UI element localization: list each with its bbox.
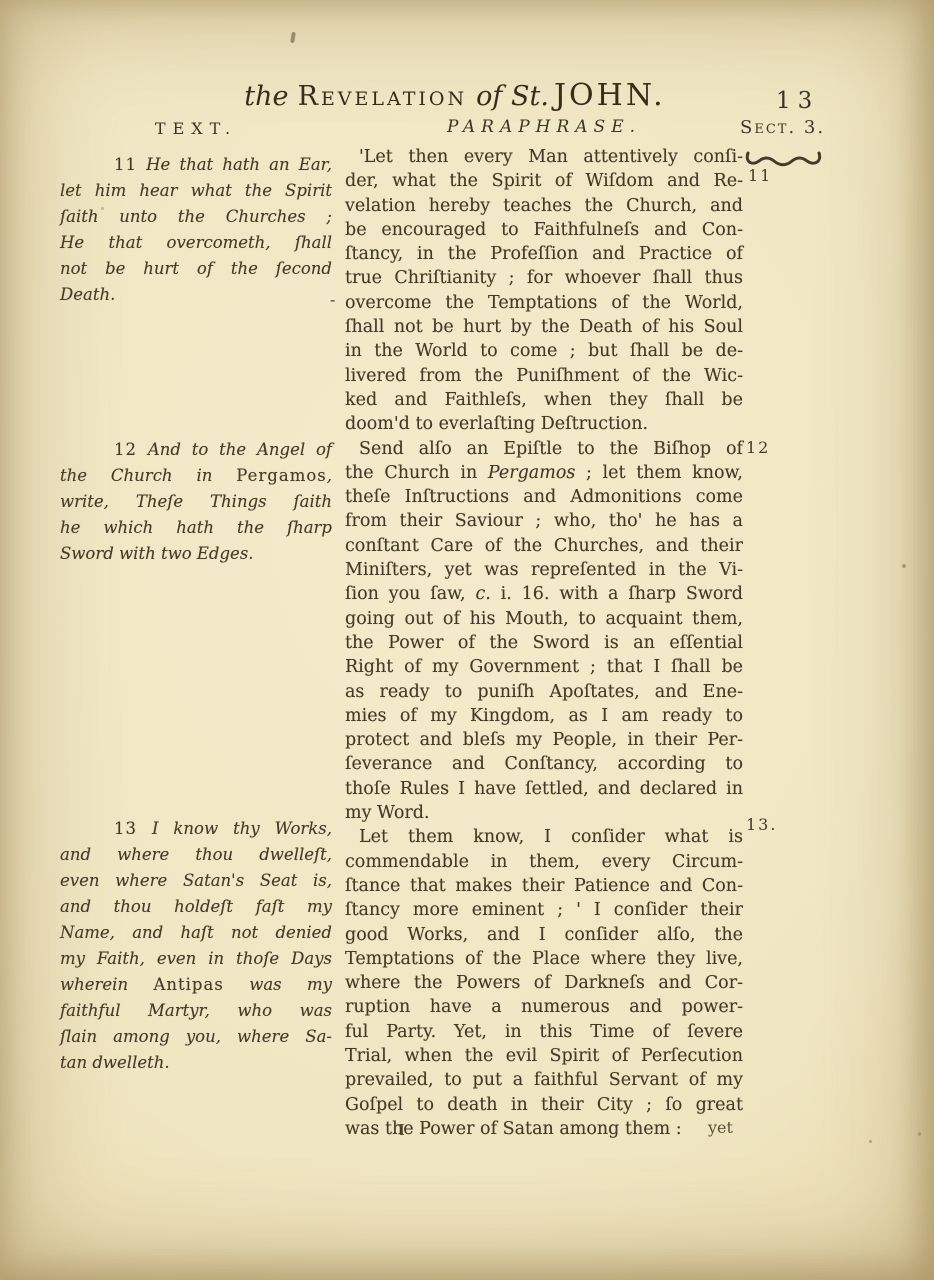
title-of-st: of St.: [476, 81, 549, 112]
text-line: let him hear what the Spirit: [60, 178, 332, 204]
text-line: and thou holdeſt faſt my: [60, 894, 332, 920]
text-line: wherein Antipas was my: [60, 972, 332, 998]
text-line: mies of my Kingdom, as I am ready to: [345, 704, 743, 728]
text-line: commendable in them, every Circum-: [345, 850, 743, 874]
title-revelation: Revelation: [298, 81, 467, 112]
text-line: tan dwelleth.: [60, 1050, 332, 1076]
paraphrase-column: 'Let then every Man attentively conſi-de…: [345, 145, 743, 1141]
text-line: ſhall not be hurt by the Death of his So…: [345, 315, 743, 339]
text-line: 'Let then every Man attentively conſi-: [345, 145, 743, 169]
text-line: Death.: [60, 282, 332, 308]
page-title: the Revelation of St. JOHN.: [130, 78, 780, 113]
paper-speck: [290, 32, 296, 43]
margin-verse-number-13: 13.: [746, 815, 777, 834]
book-page: the Revelation of St. JOHN. 13 TEXT. PAR…: [0, 0, 934, 1280]
text-column-heading: TEXT.: [60, 119, 332, 138]
text-line: not be hurt of the ſecond: [60, 256, 332, 282]
text-line: he which hath the ſharp: [60, 515, 332, 541]
text-line: the Church in Pergamos,: [60, 463, 332, 489]
text-line: even where Satan's Seat is,: [60, 868, 332, 894]
text-line: ſtancy more eminent ; ' I conſider their: [345, 898, 743, 922]
verse-12-text: 12 And to the Angel ofthe Church in Perg…: [60, 437, 332, 567]
signature-mark: I: [399, 1121, 405, 1139]
text-line: Sword with two Edges.: [60, 541, 332, 567]
margin-verse-number-12: 12: [746, 438, 770, 457]
text-line: 11 He that hath an Ear,: [60, 152, 332, 178]
text-line: der, what the Spirit of Wiſdom and Re-: [345, 169, 743, 193]
text-line: faithful Martyr, who was: [60, 998, 332, 1024]
text-line: Name, and haſt not denied: [60, 920, 332, 946]
section-label: Sect. 3.: [740, 117, 825, 138]
text-line: theſe Inſtructions and Admonitions come: [345, 485, 743, 509]
text-line: the Power of the Sword is an eſſential: [345, 631, 743, 655]
text-line: doom'd to everlaſting Deſtruction.: [345, 412, 743, 436]
text-line: He that overcometh, ſhall: [60, 230, 332, 256]
text-line: my Word.: [345, 801, 743, 825]
catchword: yet: [708, 1118, 733, 1137]
text-line: ſion you ſaw, c. i. 16. with a ſharp Swo…: [345, 582, 743, 606]
title-the: the: [244, 81, 288, 112]
paraphrase-paragraph-2: Send alſo an Epiſtle to the Biſhop ofthe…: [345, 437, 743, 826]
text-line: ſtancy, in the Profeſſion and Practice o…: [345, 242, 743, 266]
text-line: thoſe Rules I have ſettled, and declared…: [345, 777, 743, 801]
text-line: going out of his Mouth, to acquaint them…: [345, 607, 743, 631]
paper-speck: [902, 564, 906, 568]
paraphrase-column-heading: PARAPHRASE.: [345, 117, 743, 137]
text-line: livered from the Puniſhment of the Wic-: [345, 364, 743, 388]
text-line: overcome the Temptations of the World,: [345, 291, 743, 315]
text-line: 13 I know thy Works,: [60, 816, 332, 842]
text-line: the Church in Pergamos ; let them know,: [345, 461, 743, 485]
text-line: where the Powers of Darkneſs and Cor-: [345, 971, 743, 995]
text-line: 12 And to the Angel of: [60, 437, 332, 463]
text-line: ſtance that makes their Patience and Con…: [345, 874, 743, 898]
text-line: Send alſo an Epiſtle to the Biſhop of: [345, 437, 743, 461]
stray-dash-mark: -: [330, 290, 335, 309]
text-line: ruption have a numerous and power-: [345, 995, 743, 1019]
verse-13-text: 13 I know thy Works,and where thou dwell…: [60, 816, 332, 1076]
paraphrase-paragraph-3: Let them know, I conſider what iscommend…: [345, 825, 743, 1141]
text-line: my Faith, even in thoſe Days: [60, 946, 332, 972]
title-john: JOHN.: [554, 78, 666, 113]
text-line: from their Saviour ; who, tho' he has a: [345, 509, 743, 533]
text-line: Trial, when the evil Spirit of Perſecuti…: [345, 1044, 743, 1068]
paper-speck: [918, 1132, 921, 1136]
text-line: prevailed, to put a faithful Servant of …: [345, 1068, 743, 1092]
text-line: and where thou dwelleſt,: [60, 842, 332, 868]
text-line: ſlain among you, where Sa-: [60, 1024, 332, 1050]
paraphrase-paragraph-1: 'Let then every Man attentively conſi-de…: [345, 145, 743, 437]
paper-speck: [869, 1140, 872, 1143]
text-line: conſtant Care of the Churches, and their: [345, 534, 743, 558]
text-line: good Works, and I conſider alſo, the: [345, 923, 743, 947]
text-line: protect and bleſs my People, in their Pe…: [345, 728, 743, 752]
text-line: Goſpel to death in their City ; ſo great: [345, 1093, 743, 1117]
text-line: write, Theſe Things ſaith: [60, 489, 332, 515]
text-line: velation hereby teaches the Church, and: [345, 194, 743, 218]
text-line: Miniſters, yet was repreſented in the Vi…: [345, 558, 743, 582]
text-line: ſaith unto the Churches ;: [60, 204, 332, 230]
text-line: as ready to puniſh Apoſtates, and Ene-: [345, 680, 743, 704]
margin-verse-number-11: 11: [748, 166, 772, 185]
text-line: ful Party. Yet, in this Time of ſevere: [345, 1020, 743, 1044]
text-line: ſeverance and Conſtancy, according to: [345, 752, 743, 776]
text-line: Let them know, I conſider what is: [345, 825, 743, 849]
verse-11-text: 11 He that hath an Ear,let him hear what…: [60, 152, 332, 308]
text-line: be encouraged to Faithfulneſs and Con-: [345, 218, 743, 242]
text-line: Temptations of the Place where they live…: [345, 947, 743, 971]
text-line: Right of my Government ; that I ſhall be: [345, 655, 743, 679]
text-line: true Chriſtianity ; for whoever ſhall th…: [345, 266, 743, 290]
page-number: 13: [776, 88, 819, 114]
text-line: in the World to come ; but ſhall be de-: [345, 339, 743, 363]
text-line: ked and Faithleſs, when they ſhall be: [345, 388, 743, 412]
